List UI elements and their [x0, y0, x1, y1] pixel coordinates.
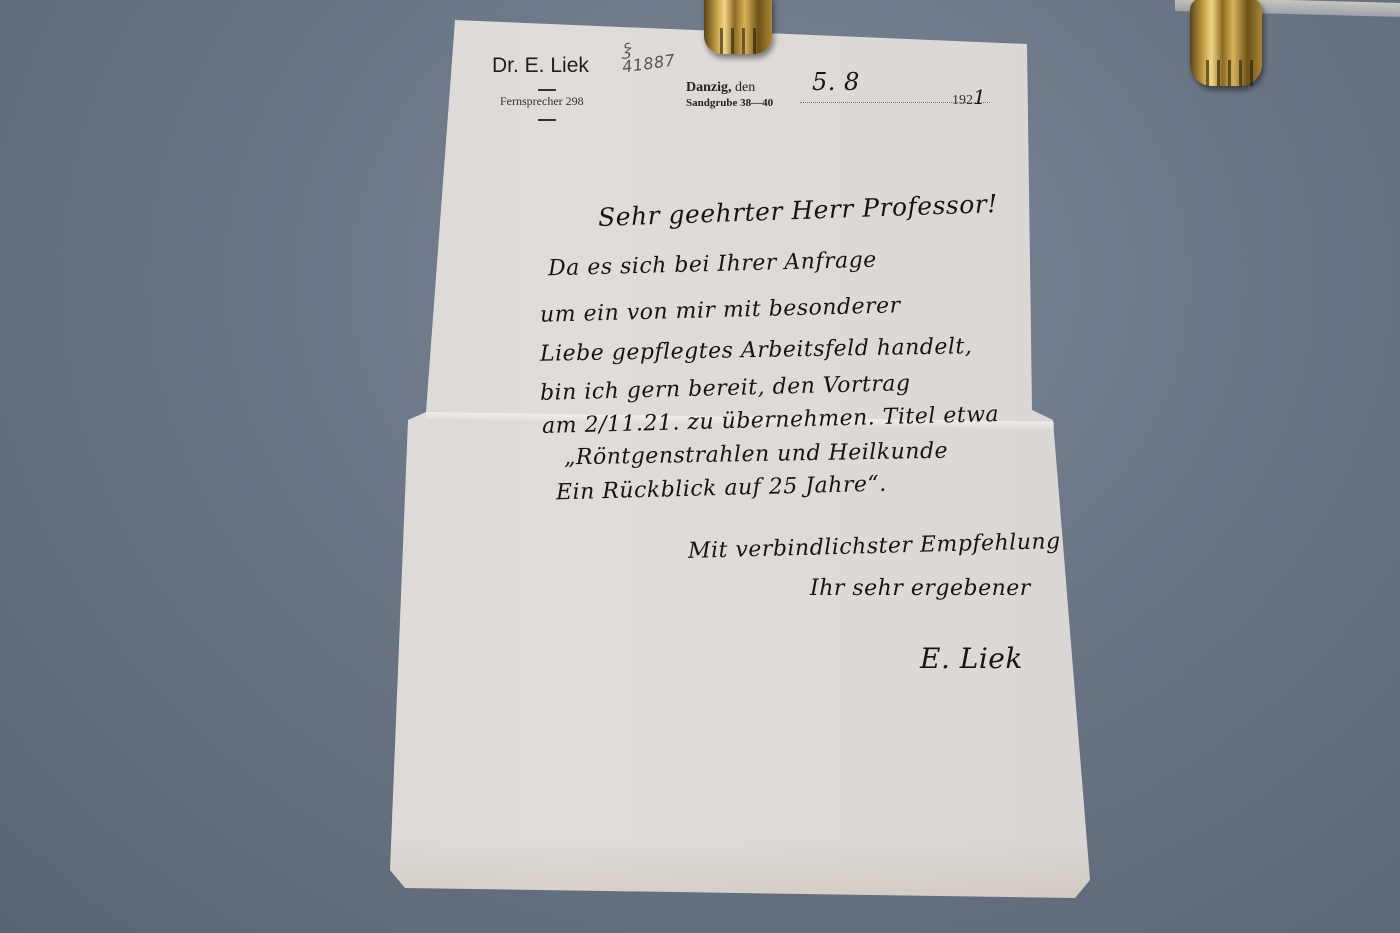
letterhead-city-suffix: den: [735, 80, 755, 95]
letter-line-3: Liebe gepflegtes Arbeitsfeld handelt,: [540, 334, 973, 367]
signature: E. Liek: [920, 642, 1023, 675]
letterhead-year-line: 1921: [952, 85, 986, 109]
letterhead-phone: Fernsprecher 298: [500, 94, 584, 109]
letter-line-5: am 2/11.21. zu übernehmen. Titel etwa: [542, 402, 1000, 439]
letterhead-street: Sandgrube 38—40: [686, 97, 773, 109]
archive-mark-number: 41887: [621, 50, 677, 76]
brass-hand-clip: [704, 0, 772, 54]
letterhead-divider: [538, 119, 556, 121]
closing-2: Ihr sehr ergebener: [810, 576, 1031, 601]
letterhead-city-line: Danzig, den: [686, 80, 755, 96]
paper-fold-crease: [426, 412, 1054, 432]
paper: [0, 0, 1400, 933]
archive-mark-symbol: Ꝣ: [622, 38, 631, 60]
date-dotted-line: [800, 102, 990, 103]
handwritten-year-digit: 1: [973, 85, 986, 109]
letter-line-7: Ein Rückblick auf 25 Jahre“.: [556, 472, 887, 506]
letter-sheet: Dr. E. Liek Fernsprecher 298 Danzig, den…: [0, 0, 1400, 933]
handwritten-date: 5. 8: [812, 68, 860, 96]
letter-line-2: um ein von mir mit besonderer: [540, 293, 901, 327]
letterhead-divider: [538, 89, 556, 91]
letterhead-city: Danzig,: [686, 80, 732, 95]
salutation: Sehr geehrter Herr Professor!: [598, 189, 999, 232]
letter-line-6: „Röntgenstrahlen und Heilkunde: [564, 439, 948, 471]
letter-line-4: bin ich gern bereit, den Vortrag: [540, 371, 911, 406]
brass-hand-clip: [1190, 0, 1262, 86]
letter-line-1: Da es sich bei Ihrer Anfrage: [548, 248, 877, 282]
letterhead-name: Dr. E. Liek: [492, 54, 589, 78]
printed-year: 192: [952, 93, 973, 108]
closing: Mit verbindlichster Empfehlung: [688, 529, 1061, 564]
